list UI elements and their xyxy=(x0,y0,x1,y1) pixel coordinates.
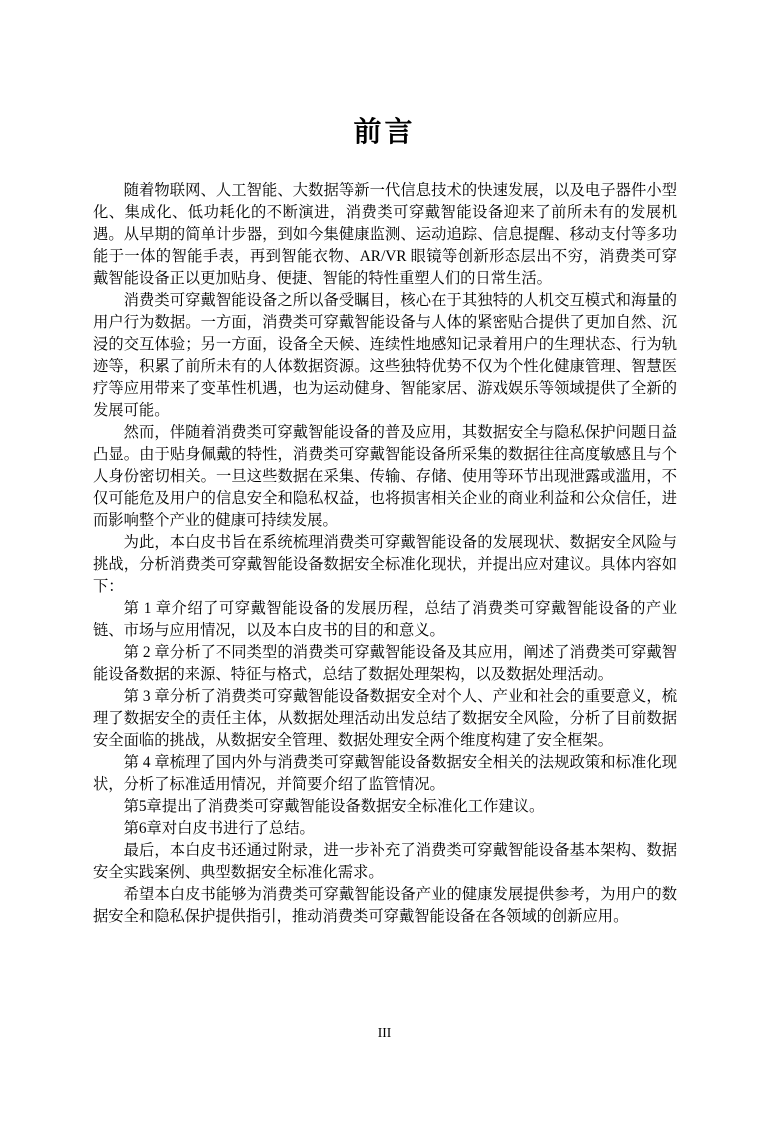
paragraph-whitepaper-purpose: 为此，本白皮书旨在系统梳理消费类可穿戴智能设备的发展现状、数据安全风险与挑战，分… xyxy=(93,532,677,598)
paragraph-chapter-1-summary: 第 1 章介绍了可穿戴智能设备的发展历程，总结了消费类可穿戴智能设备的产业链、市… xyxy=(93,598,677,642)
document-body: 随着物联网、人工智能、大数据等新一代信息技术的快速发展，以及电子器件小型化、集成… xyxy=(93,180,677,928)
paragraph-chapter-2-summary: 第 2 章分析了不同类型的消费类可穿戴智能设备及其应用，阐述了消费类可穿戴智能设… xyxy=(93,642,677,686)
paragraph-chapter-3-summary: 第 3 章分析了消费类可穿戴智能设备数据安全对个人、产业和社会的重要意义，梳理了… xyxy=(93,686,677,752)
paragraph-device-advantages: 消费类可穿戴智能设备之所以备受瞩目，核心在于其独特的人机交互模式和海量的用户行为… xyxy=(93,290,677,422)
document-page: 前言 随着物联网、人工智能、大数据等新一代信息技术的快速发展，以及电子器件小型化… xyxy=(0,0,769,1121)
paragraph-chapter-5-summary: 第5章提出了消费类可穿戴智能设备数据安全标准化工作建议。 xyxy=(93,796,677,818)
paragraph-chapter-6-summary: 第6章对白皮书进行了总结。 xyxy=(93,818,677,840)
page-number: III xyxy=(0,1024,769,1042)
paragraph-chapter-4-summary: 第 4 章梳理了国内外与消费类可穿戴智能设备数据安全相关的法规政策和标准化现状，… xyxy=(93,752,677,796)
paragraph-appendix-note: 最后，本白皮书还通过附录，进一步补充了消费类可穿戴智能设备基本架构、数据安全实践… xyxy=(93,840,677,884)
paragraph-intro-development: 随着物联网、人工智能、大数据等新一代信息技术的快速发展，以及电子器件小型化、集成… xyxy=(93,180,677,290)
paragraph-closing-hope: 希望本白皮书能够为消费类可穿戴智能设备产业的健康发展提供参考，为用户的数据安全和… xyxy=(93,884,677,928)
page-title: 前言 xyxy=(0,0,769,154)
paragraph-security-concerns: 然而，伴随着消费类可穿戴智能设备的普及应用，其数据安全与隐私保护问题日益凸显。由… xyxy=(93,422,677,532)
